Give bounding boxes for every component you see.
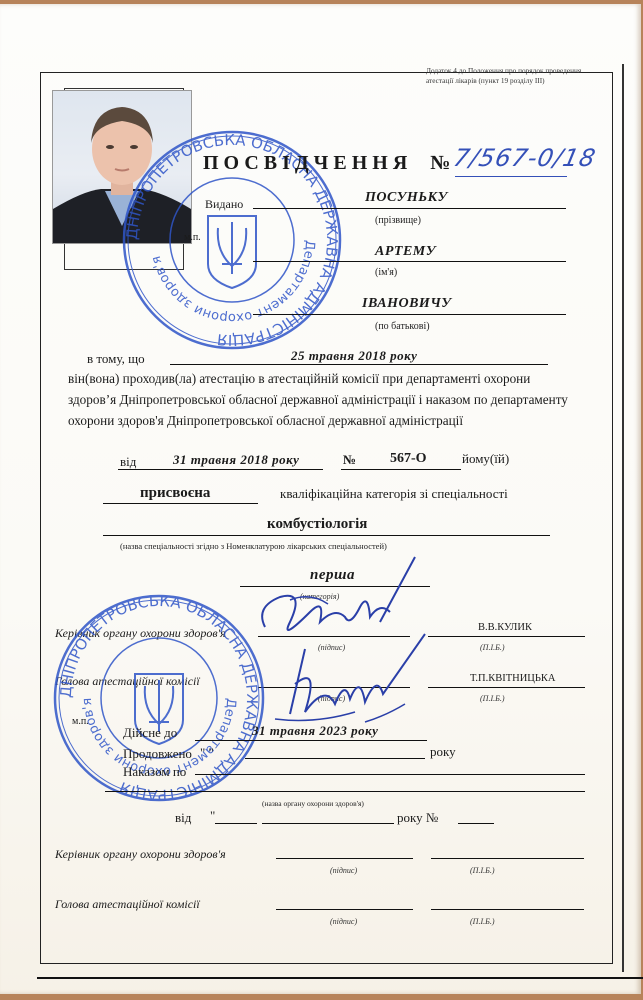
certificate-number: 7/567-0/18 [451, 144, 599, 172]
from2-month-line [262, 823, 394, 824]
category-line [240, 586, 430, 587]
extended-label: Продовжено [123, 746, 192, 762]
from2-quote: " [210, 808, 215, 824]
document-title: ПОСВІДЧЕННЯ № [203, 152, 450, 175]
portrait-image [53, 91, 191, 243]
order-by-label: Наказом по [123, 764, 186, 780]
border-line [622, 64, 624, 972]
assigned-line [103, 503, 258, 504]
valid-until-date: 31 травня 2023 року [252, 723, 378, 739]
category-caption: (категорія) [300, 592, 339, 601]
attestation-date: 25 травня 2018 року [291, 348, 417, 364]
commission-signature-caption: (підпис) [318, 694, 345, 703]
commission-name-line [428, 687, 585, 688]
number-sign: № [430, 152, 450, 174]
order-number-label: № [343, 452, 356, 468]
blank-commission-signature-line [276, 909, 413, 910]
extended-year-label: року [430, 744, 456, 760]
blank-commission-name-line [431, 909, 584, 910]
head-name-line [428, 636, 585, 637]
commission-signature-line [258, 687, 410, 688]
patronymic-line [253, 314, 566, 315]
commission-name: Т.П.КВІТНИЦЬКА [470, 673, 555, 684]
surname-line [253, 208, 566, 209]
stamp-place-label-2: м.п. [72, 716, 89, 727]
valid-until-line [195, 740, 427, 741]
blank-head-signature-line [276, 858, 413, 859]
head-signature-line [258, 636, 410, 637]
order-date: 31 травня 2018 року [173, 452, 299, 468]
valid-until-label: Дійсне до [123, 725, 177, 741]
blank-head-name-caption: (П.І.Б.) [470, 866, 495, 875]
stamp-place-label: м.п. [184, 232, 201, 243]
specialty: комбустіологія [267, 516, 367, 533]
category: перша [310, 567, 355, 584]
appendix-note: Додаток 4 до Положення про порядок прове… [426, 66, 606, 86]
commission-role-label: Голова атестаційної комісії [55, 674, 200, 689]
from2-tail: року № [397, 810, 438, 826]
order-from-label: від [120, 454, 136, 470]
attestation-body-text: він(вона) проходив(ла) атестацію в атест… [68, 368, 568, 431]
head-role-label: Керівник органу охорони здоров'я [55, 626, 226, 641]
order-number-line [341, 469, 461, 470]
holder-photo [52, 90, 192, 244]
attestation-date-line [170, 364, 548, 365]
blank-commission-signature-caption: (підпис) [330, 917, 357, 926]
blank-head-role-label: Керівник органу охорони здоров'я [55, 847, 226, 862]
head-signature-caption: (підпис) [318, 643, 345, 652]
org-caption: (назва органу охорони здоров'я) [262, 799, 364, 808]
head-name-caption: (П.І.Б.) [480, 643, 505, 652]
holder-patronymic: ІВАНОВИЧУ [362, 296, 452, 312]
certificate-page: Додаток 4 до Положення про порядок прове… [0, 4, 641, 994]
blank-commission-role-label: Голова атестаційної комісії [55, 897, 200, 912]
qualification-text: кваліфікаційна категорія зі спеціальност… [280, 486, 508, 502]
to-him-label: йому(їй) [462, 451, 509, 467]
assigned-text: присвоєна [140, 485, 210, 502]
number-underline [455, 176, 567, 177]
first-name-line [253, 261, 566, 262]
order-number: 567-О [390, 451, 427, 467]
bottom-rule [37, 977, 643, 979]
specialty-caption: (назва спеціальності згідно з Номенклату… [120, 541, 387, 551]
specialty-line [103, 535, 550, 536]
from2-label: від [175, 810, 191, 826]
extended-quote: " " [200, 745, 214, 761]
patronymic-caption: (по батькові) [375, 321, 430, 332]
extended-line [245, 758, 425, 759]
from2-day-line [215, 823, 257, 824]
holder-first-name: АРТЕМУ [375, 244, 436, 260]
head-name: В.В.КУЛИК [478, 622, 532, 633]
order-date-line [118, 469, 323, 470]
holder-surname: ПОСУНЬКУ [365, 190, 448, 206]
blank-commission-name-caption: (П.І.Б.) [470, 917, 495, 926]
order-by-line [195, 774, 585, 775]
from2-number-line [458, 823, 494, 824]
org-line [105, 791, 585, 792]
in-that-label: в тому, що [87, 351, 145, 367]
first-name-caption: (ім'я) [375, 267, 397, 278]
issued-label: Видано [205, 197, 243, 212]
surname-caption: (прізвище) [375, 215, 421, 226]
commission-name-caption: (П.І.Б.) [480, 694, 505, 703]
blank-head-signature-caption: (підпис) [330, 866, 357, 875]
blank-head-name-line [431, 858, 584, 859]
title-text: ПОСВІДЧЕННЯ [203, 152, 412, 174]
